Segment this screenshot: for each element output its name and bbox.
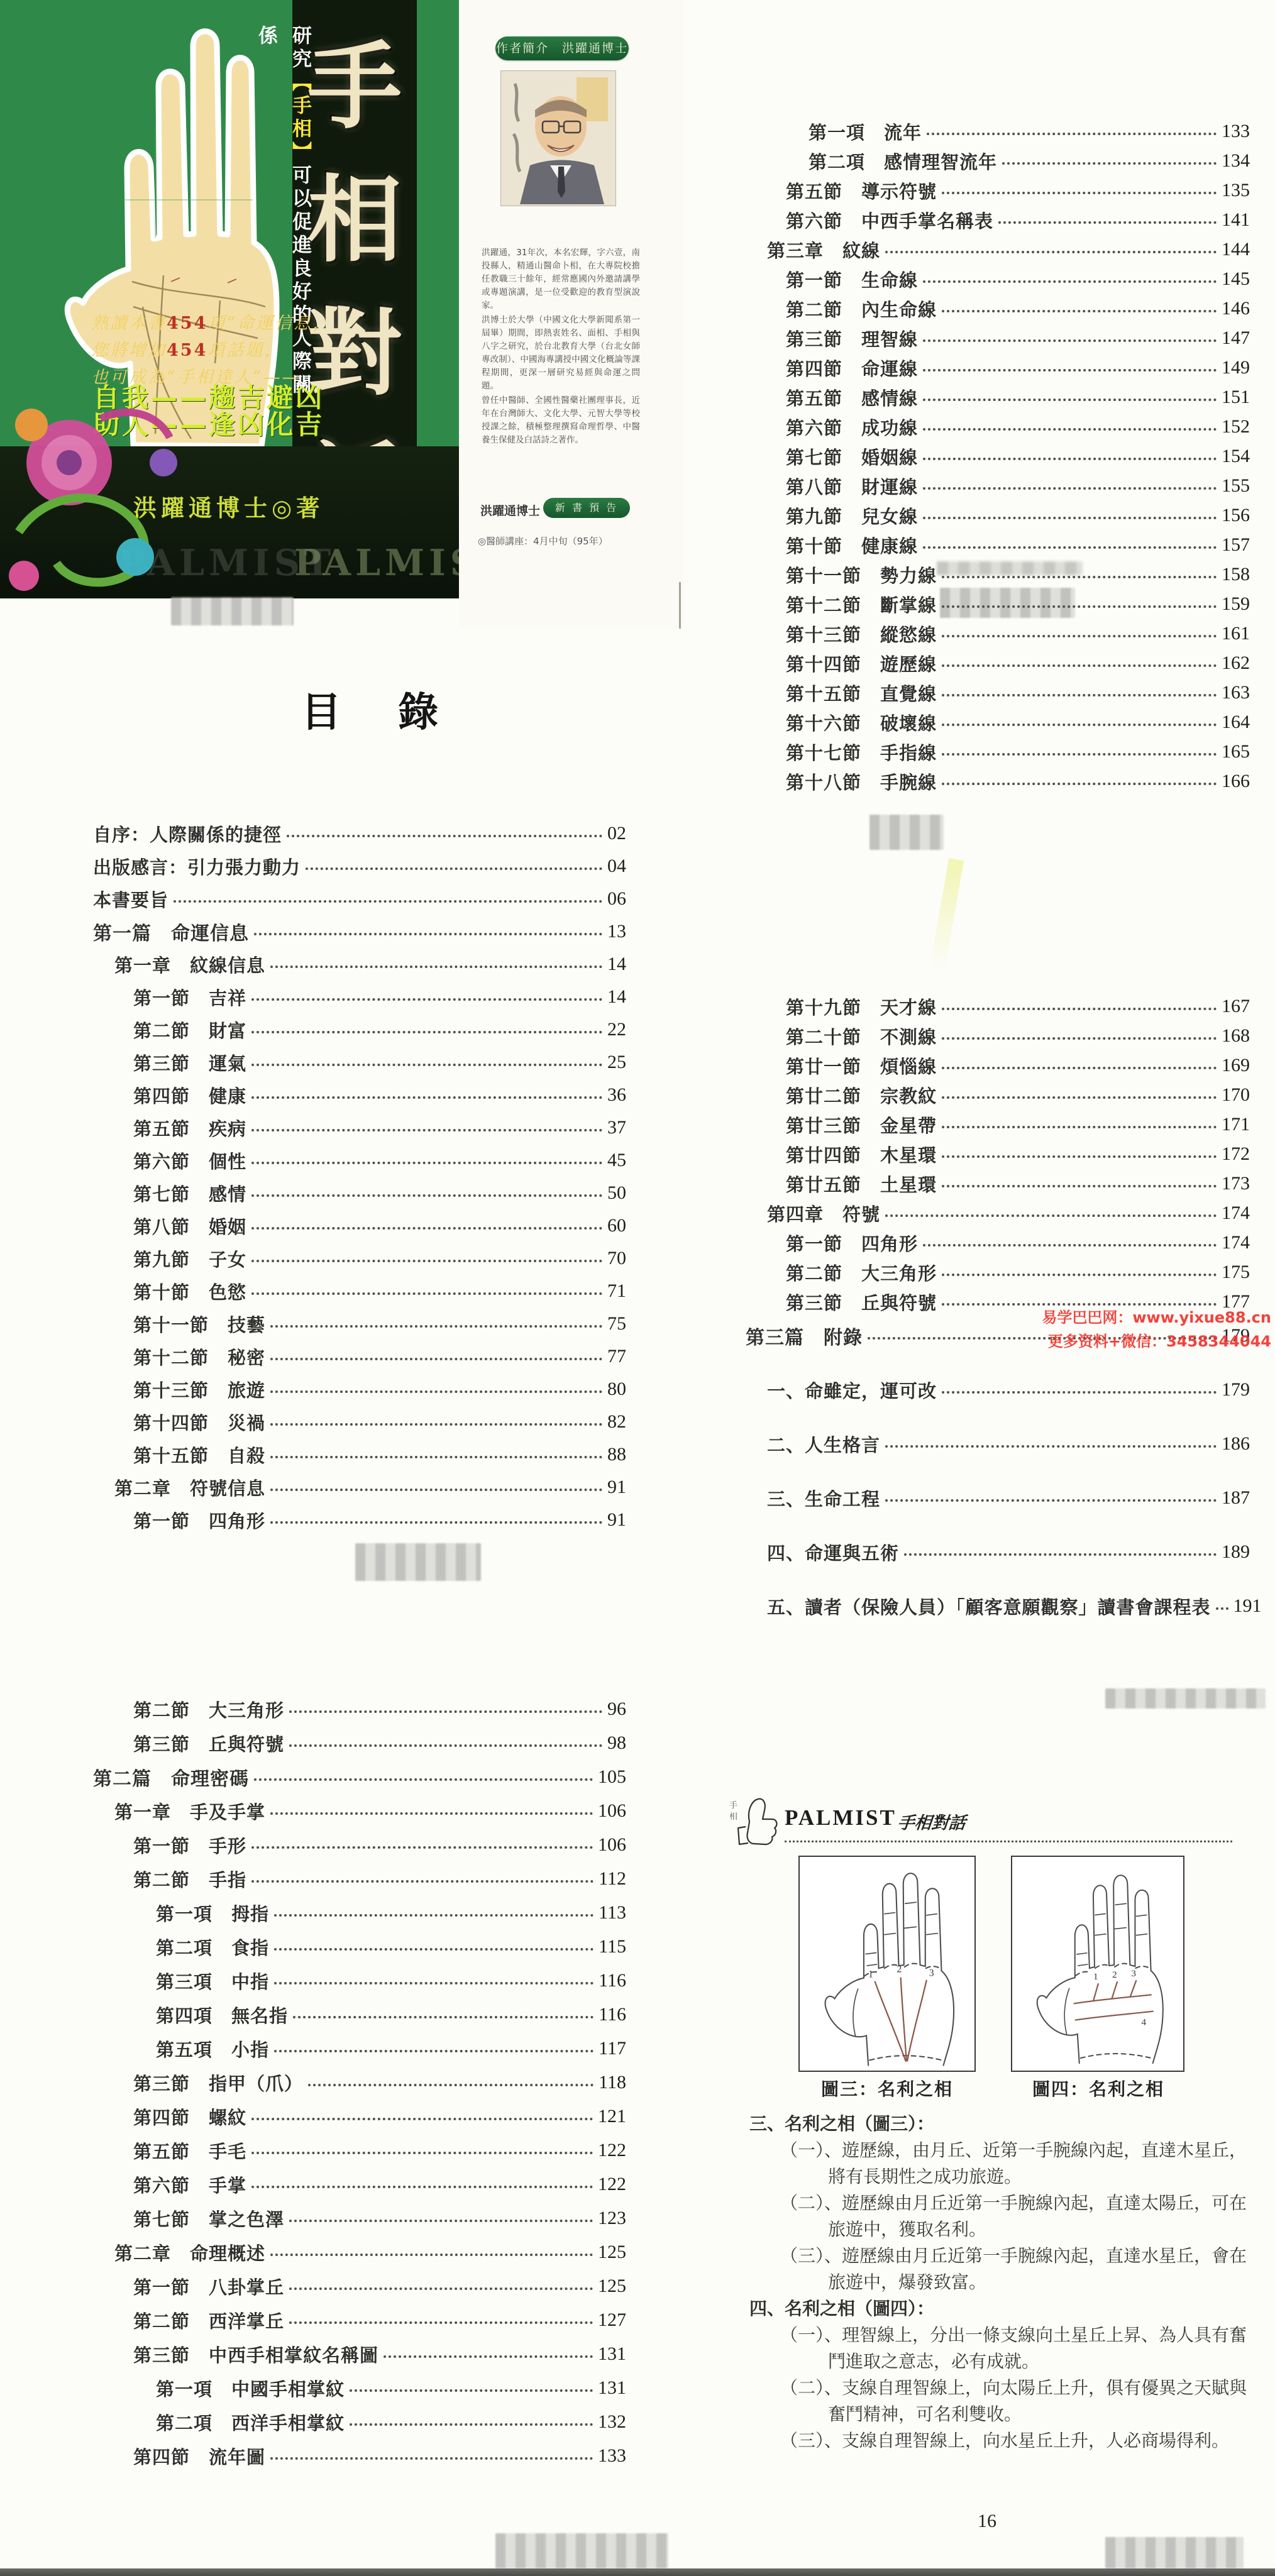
toc-entry-page-number: 165 — [1222, 741, 1250, 762]
toc-entry-page-number: 125 — [598, 2242, 626, 2263]
toc-entry-label: 第廿二節 宗教紋 — [786, 1082, 937, 1108]
toc-entry: 第二節 手指112 — [93, 1867, 626, 1891]
dotted-leader — [885, 1214, 1217, 1217]
toc-entry: 第六節 個性45 — [93, 1148, 626, 1172]
toc-entry: 第五節 導示符號135 — [746, 179, 1250, 202]
dotted-leader — [251, 2186, 593, 2188]
dotted-leader — [942, 1067, 1217, 1069]
toc-entry-label: 第十七節 手指線 — [786, 739, 937, 765]
dotted-leader — [289, 2220, 593, 2222]
new-book-badge: 新 書 預 告 — [543, 498, 630, 518]
toc-entry: 第九節 子女70 — [93, 1247, 626, 1270]
toc-entry-page-number: 191 — [1234, 1595, 1262, 1617]
toc-entry: 第十三節 旅遊80 — [93, 1377, 626, 1401]
toc-entry-page-number: 06 — [607, 888, 626, 910]
svg-text:2: 2 — [897, 1964, 902, 1974]
toc-entry-label: 第二項 西洋手相掌紋 — [156, 2409, 345, 2435]
toc-entry-label: 第九節 子女 — [133, 1246, 246, 1272]
toc-entry-page-number: 113 — [599, 1902, 626, 1924]
toc-entry-label: 第廿五節 土星環 — [786, 1171, 937, 1197]
author-name: 洪躍通博士 — [480, 502, 540, 519]
toc-entry-label: 第一項 拇指 — [156, 1900, 269, 1926]
toc-entry-label: 第四節 流年圖 — [133, 2443, 265, 2469]
toc-entry: 三、生命工程187 — [746, 1486, 1250, 1510]
toc-entry: 第一節 生命線145 — [746, 267, 1250, 291]
toc-entry: 第一項 拇指113 — [93, 1901, 626, 1925]
section-4-item: （三）、支線自理智線上，向水星丘上升，人必商場得利。 — [749, 2428, 1252, 2454]
svg-text:3: 3 — [929, 1968, 934, 1979]
toc-entry: 出版感言：引力張力動力04 — [93, 854, 626, 878]
toc-entry-label: 第一篇 命運信息 — [93, 918, 249, 945]
dotted-leader — [942, 664, 1217, 667]
section-4-items: （一）、理智線上，分出一條支線向土星丘上昇、為人具有奮鬥進取之意志，必有成就。（… — [749, 2322, 1252, 2454]
toc-entry-label: 第五節 手毛 — [133, 2138, 246, 2164]
toc-entry-page-number: 91 — [607, 1477, 626, 1498]
dotted-leader — [942, 1037, 1217, 1040]
dotted-leader — [270, 1456, 602, 1458]
toc-entry: 五、讀者（保險人員）「顧客意願觀察」讀書會課程表191 — [746, 1594, 1250, 1618]
toc-entry-label: 第六節 手掌 — [133, 2172, 246, 2198]
toc-entry: 自序：人際關係的捷徑02 — [93, 822, 626, 845]
dotted-leader — [384, 2355, 593, 2358]
toc-entry: 第八節 財運線155 — [746, 474, 1250, 498]
toc-entry: 第六節 成功線152 — [746, 415, 1250, 439]
toc-entry-page-number: 173 — [1222, 1173, 1250, 1194]
toc-entry-label: 第七節 婚姻線 — [786, 444, 918, 470]
toc-entry-label: 第二章 符號信息 — [114, 1475, 265, 1500]
toc-entry: 第二十節 不測線168 — [746, 1024, 1250, 1048]
toc-entry: 第三節 丘與符號98 — [93, 1731, 626, 1755]
dotted-leader — [270, 1325, 602, 1328]
toc-entry: 第四章 符號174 — [746, 1201, 1250, 1225]
toc-entry-label: 第十三節 旅遊 — [133, 1377, 265, 1402]
toc-entry-label: 一、命雖定，運可改 — [767, 1377, 937, 1403]
toc-entry: 第二項 西洋手相掌紋132 — [93, 2410, 626, 2434]
toc-entry-page-number: 161 — [1222, 623, 1250, 644]
dotted-leader — [308, 2084, 593, 2086]
svg-text:1: 1 — [1093, 1972, 1098, 1982]
toc-entry: 第廿四節 木星環172 — [746, 1142, 1250, 1166]
toc-entry-label: 第三節 理智線 — [786, 326, 918, 351]
dotted-leader — [942, 1274, 1217, 1276]
toc-entry-page-number: 145 — [1222, 268, 1250, 290]
toc-entry-label: 第一節 四角形 — [786, 1230, 918, 1256]
toc-entry-page-number: 146 — [1222, 298, 1250, 319]
toc-entry: 四、命運與五術189 — [746, 1540, 1250, 1564]
dotted-leader — [942, 1185, 1217, 1187]
dotted-leader — [1216, 1607, 1228, 1610]
toc-entry: 第一節 四角形174 — [746, 1231, 1250, 1255]
dotted-leader — [923, 517, 1217, 519]
dotted-leader — [251, 1846, 593, 1849]
toc-entry-page-number: 158 — [1222, 564, 1250, 585]
toc-entry-page-number: 98 — [607, 1732, 626, 1754]
dotted-leader — [942, 694, 1217, 696]
svg-text:1: 1 — [868, 1969, 873, 1980]
toc-entry-label: 第五節 導示符號 — [786, 178, 937, 204]
dotted-leader — [251, 1260, 602, 1262]
author-bio: 洪躍通，31年次，本名宏輝，字六壹，南投縣人，精通山醫命卜相，在大專院校擔任教職… — [482, 246, 640, 448]
toc-entry-label: 第三章 紋線 — [767, 237, 880, 263]
toc-entry: 第一節 四角形91 — [93, 1508, 626, 1532]
toc-entry-label: 第十五節 直覺線 — [786, 680, 937, 706]
toc-entry-page-number: 169 — [1222, 1055, 1250, 1076]
highlight-number: 454 — [167, 341, 207, 360]
dotted-leader — [942, 1126, 1217, 1128]
toc-entry-page-number: 02 — [607, 823, 626, 844]
toc-entry-label: 第一節 八卦掌丘 — [133, 2274, 284, 2299]
toc-entry-label: 第三篇 附錄 — [746, 1322, 863, 1350]
toc-entry-page-number: 179 — [1222, 1379, 1250, 1401]
dotted-leader — [289, 2287, 593, 2290]
page-edge-line — [679, 582, 681, 629]
toc-entry-page-number: 134 — [1222, 150, 1250, 172]
toc-entry: 第八節 婚姻60 — [93, 1214, 626, 1238]
dotted-leader — [254, 1778, 593, 1781]
toc-entry-label: 第三節 丘與符號 — [133, 1731, 284, 1756]
toc-entry-label: 第十九節 天才線 — [786, 994, 937, 1020]
dotted-leader — [923, 280, 1217, 283]
author-intro-panel: 作者簡介 洪躍通博士 洪躍通，31年次， — [459, 0, 683, 629]
censored-watermark — [355, 1543, 481, 1581]
toc-entry-label: 第二項 食指 — [156, 1934, 269, 1960]
toc-entry-label: 第三節 指甲（爪） — [133, 2070, 303, 2096]
toc-entry: 第一節 吉祥14 — [93, 985, 626, 1009]
toc-entry-page-number: 187 — [1222, 1487, 1250, 1509]
dotted-leader — [274, 1914, 593, 1917]
dotted-leader — [289, 1744, 602, 1747]
tagline-highlight: 【手相】 — [289, 72, 311, 165]
toc-entry: 第二節 大三角形175 — [746, 1260, 1250, 1284]
dotted-leader — [270, 2254, 593, 2256]
toc-entry: 第六節 中西手掌名稱表141 — [746, 208, 1250, 232]
toc-entry: 第二節 西洋掌丘127 — [93, 2308, 626, 2332]
censored-watermark — [495, 2533, 668, 2568]
page-header-script: 手相對話 — [897, 1809, 967, 1834]
toc-entry: 第五節 疾病37 — [93, 1116, 626, 1140]
toc-entry-page-number: 45 — [607, 1150, 626, 1171]
censored-watermark — [1105, 1688, 1266, 1709]
icon-label-char: 手 — [729, 1801, 737, 1810]
dotted-leader — [942, 310, 1217, 312]
dotted-leader — [251, 2118, 593, 2120]
dotted-leader — [923, 1244, 1217, 1247]
section-3-item: （一）、遊歷線，由月丘、近第一手腕線內起，直達木星丘，將有長期性之成功旅遊。 — [749, 2137, 1252, 2190]
toc-entry: 第三節 指甲（爪）118 — [93, 2071, 626, 2094]
dotted-leader — [251, 1064, 602, 1066]
toc-entry-page-number: 163 — [1222, 682, 1250, 703]
watermark-line: 易学巴巴网：www.yixue88.cn — [956, 1305, 1271, 1329]
dotted-leader — [289, 2321, 593, 2324]
dotted-leader — [942, 1096, 1217, 1099]
dotted-leader — [942, 724, 1217, 726]
toc-entry-page-number: 105 — [598, 1766, 626, 1788]
dotted-leader — [287, 835, 602, 837]
toc-entry-page-number: 14 — [607, 986, 626, 1008]
scanned-book-spread: 手相對話 研究【手相】可以促進良好的人際關係 熟讀本書454項“命運信息，您將增… — [0, 0, 1275, 2576]
censored-watermark — [940, 588, 1075, 618]
toc-entry-page-number: 144 — [1222, 239, 1250, 260]
toc-entry-label: 第七節 感情 — [133, 1181, 246, 1206]
toc-entry: 第七節 掌之色澤123 — [93, 2206, 626, 2230]
dotted-leader — [942, 753, 1217, 756]
toc-entry: 第十節 健康線157 — [746, 533, 1250, 557]
toc-entry-label: 第七節 掌之色澤 — [133, 2206, 284, 2232]
toc-entry-label: 第廿四節 木星環 — [786, 1142, 937, 1167]
toc-entry-label: 第十節 健康線 — [786, 532, 918, 558]
toc-entry: 第一節 手形106 — [93, 1833, 626, 1857]
toc-entry-page-number: 70 — [607, 1248, 626, 1269]
toc-entry: 第四節 命運線149 — [746, 356, 1250, 380]
dotted-leader — [270, 1390, 602, 1393]
toc-entry-label: 第五項 小指 — [156, 2036, 269, 2062]
toc-entry: 第十七節 手指線165 — [746, 740, 1250, 764]
toc-entry-page-number: 96 — [607, 1698, 626, 1720]
toc-entry-page-number: 164 — [1222, 712, 1250, 733]
toc-entry: 第十節 色慾71 — [93, 1279, 626, 1303]
figure-3-caption: 圖三：名利之相 — [802, 2076, 972, 2101]
dotted-leader — [270, 966, 602, 968]
toc-entry: 第二章 命理概述125 — [93, 2240, 626, 2264]
dotted-leader — [293, 2016, 593, 2018]
toc-entry: 第二節 財富22 — [93, 1018, 626, 1042]
toc-entry: 第二項 食指115 — [93, 1935, 626, 1959]
bio-paragraph: 洪躍通，31年次，本名宏輝，字六壹，南投縣人，精通山醫命卜相，在大專院校擔任教職… — [482, 246, 640, 312]
toc-entry-label: 四、命運與五術 — [767, 1539, 899, 1565]
toc-entry-label: 第一章 手及手掌 — [114, 1798, 265, 1824]
toc-entry: 第二章 符號信息91 — [93, 1475, 626, 1499]
book-cover: 手相對話 研究【手相】可以促進良好的人際關係 熟讀本書454項“命運信息，您將增… — [0, 0, 459, 598]
dotted-leader — [270, 1521, 602, 1524]
toc-entry-page-number: 121 — [598, 2106, 626, 2127]
header-dotted-rule — [785, 1841, 1232, 1842]
toc-entry: 第四節 健康36 — [93, 1083, 626, 1107]
toc-entry: 第十四節 災禍82 — [93, 1410, 626, 1434]
toc-entry: 本書要旨06 — [93, 887, 626, 911]
toc-entry-page-number: 122 — [598, 2140, 626, 2161]
toc-entry-page-number: 141 — [1222, 209, 1250, 231]
toc-entry: 第廿三節 金星帶171 — [746, 1113, 1250, 1137]
toc-entry: 第七節 感情50 — [93, 1181, 626, 1205]
bio-paragraph: 曾任中醫師、全國性醫藥社團理事長，近年在台灣師大、文化大學、元智大學等校授課之餘… — [482, 394, 640, 447]
toc-entry-page-number: 156 — [1222, 505, 1250, 526]
toc-entry-label: 第二節 大三角形 — [133, 1697, 284, 1722]
dotted-leader — [923, 369, 1217, 372]
illegible-note-line — [937, 561, 1083, 575]
dragon-artwork — [0, 368, 207, 598]
highlight-number: 454 — [167, 314, 207, 333]
author-note: ◎醫師講座：4月中旬（95年） — [478, 534, 608, 548]
dotted-leader — [289, 1710, 602, 1713]
svg-text:2: 2 — [1112, 1970, 1117, 1980]
toc-entry-label: 第八節 婚姻 — [133, 1213, 246, 1239]
scan-edge-bar — [0, 2568, 1275, 2576]
toc-entry: 一、命雖定，運可改179 — [746, 1378, 1250, 1402]
toc-entry-page-number: 170 — [1222, 1084, 1250, 1106]
toc-entry-page-number: 162 — [1222, 652, 1250, 674]
toc-entry-label: 第十一節 勢力線 — [786, 562, 937, 588]
toc-entry-label: 第四章 符號 — [767, 1201, 880, 1226]
section-4-item: （二）、支線自理智線上，向太陽丘上升，俱有優異之天賦與奮鬥精神，可名利雙收。 — [749, 2375, 1252, 2428]
cover-script-line: 您將增加454項話題， — [91, 336, 331, 363]
toc-entry: 第廿二節 宗教紋170 — [746, 1083, 1250, 1107]
dotted-leader — [942, 783, 1217, 785]
toc-entry: 第五節 感情線151 — [746, 385, 1250, 409]
dotted-leader — [251, 1162, 602, 1164]
toc-entry-label: 第三節 運氣 — [133, 1050, 246, 1076]
toc-entry-page-number: 147 — [1222, 328, 1250, 349]
toc-entry: 第十二節 秘密77 — [93, 1345, 626, 1368]
toc-entry-label: 第十二節 秘密 — [133, 1344, 265, 1370]
toc-entry-label: 第六節 個性 — [133, 1148, 246, 1174]
toc-entry: 第一節 八卦掌丘125 — [93, 2274, 626, 2298]
dotted-leader — [942, 192, 1217, 194]
author-banner: 作者簡介 洪躍通博士 — [495, 36, 629, 60]
toc-entry: 第一篇 命運信息13 — [93, 920, 626, 944]
toc-entry: 第九節 兒女線156 — [746, 504, 1250, 527]
toc-entry-page-number: 131 — [598, 2377, 626, 2399]
section-4-heading: 四、名利之相（圖四）： — [749, 2296, 1252, 2322]
dotted-leader — [885, 251, 1217, 253]
toc-title: 目 錄 — [286, 680, 475, 738]
dotted-leader — [306, 867, 602, 870]
toc-entry-page-number: 116 — [599, 1970, 626, 1991]
toc-entry-label: 第三節 中西手相掌紋名稱圖 — [133, 2342, 378, 2367]
dotted-leader — [904, 1553, 1217, 1556]
toc-entry-page-number: 71 — [607, 1280, 626, 1302]
toc-entry-page-number: 82 — [607, 1411, 626, 1433]
toc-entry: 第一項 流年133 — [746, 119, 1250, 143]
dotted-leader — [251, 998, 602, 1001]
toc-entry-label: 二、人生格言 — [767, 1431, 880, 1457]
toc-entry-page-number: 80 — [607, 1379, 626, 1400]
dotted-leader — [251, 1031, 602, 1033]
toc-entry: 第一章 紋線信息14 — [93, 952, 626, 976]
toc-entry-label: 第四項 無名指 — [156, 2002, 288, 2028]
toc-entry-label: 第三節 丘與符號 — [786, 1289, 937, 1315]
toc-entry-label: 第十二節 斷掌線 — [786, 592, 937, 617]
toc-entry-page-number: 171 — [1222, 1114, 1250, 1135]
dotted-leader — [942, 576, 1217, 578]
cover-script-line: 熟讀本書454項“命運信息， — [91, 309, 331, 336]
toc-entry-label: 第四節 螺紋 — [133, 2104, 246, 2130]
toc-entry-label: 第十八節 手腕線 — [786, 769, 937, 795]
dotted-leader — [998, 221, 1217, 224]
dotted-leader — [350, 2423, 593, 2426]
toc-entry: 第十一節 技藝75 — [93, 1312, 626, 1336]
toc-entry-page-number: 91 — [607, 1509, 626, 1531]
author-photo — [500, 70, 616, 206]
bio-paragraph: 洪博士於大學（中國文化大學新聞系第一屆畢）期間，即熱衷姓名、面相、手相與八字之研… — [482, 314, 640, 393]
site-watermark: 易学巴巴网：www.yixue88.cn更多资料+微信：3458344044 — [956, 1305, 1271, 1353]
toc-entry-page-number: 123 — [598, 2208, 626, 2229]
toc-entry: 第三章 紋線144 — [746, 238, 1250, 261]
toc-entry-page-number: 106 — [598, 1834, 626, 1856]
toc-entry-label: 第一節 吉祥 — [133, 984, 246, 1010]
toc-entry-label: 第八節 財運線 — [786, 473, 918, 499]
toc-entry: 第三節 運氣25 — [93, 1050, 626, 1074]
toc-entry: 第十八節 手腕線166 — [746, 769, 1250, 793]
toc-entry-page-number: 151 — [1222, 387, 1250, 408]
toc-entry: 第十五節 直覺線163 — [746, 681, 1250, 705]
toc-entry-page-number: 77 — [607, 1346, 626, 1367]
toc-entry-label: 第二節 內生命線 — [786, 296, 937, 322]
toc-entry-label: 出版感言：引力張力動力 — [93, 854, 301, 879]
toc-entry-page-number: 155 — [1222, 475, 1250, 497]
toc-entry-label: 第二篇 命理密碼 — [93, 1763, 249, 1791]
dotted-leader — [923, 487, 1217, 490]
toc-entry: 第四項 無名指116 — [93, 2003, 626, 2027]
toc-entry-page-number: 154 — [1222, 446, 1250, 467]
section-3-item: （二）、遊歷線由月丘近第一手腕線內起，直達太陽丘，可在旅遊中，獲取名利。 — [749, 2190, 1252, 2243]
toc-entry-page-number: 133 — [1222, 121, 1250, 142]
figure-4-caption: 圖四：名利之相 — [1013, 2076, 1183, 2101]
toc-entry-page-number: 189 — [1222, 1541, 1250, 1563]
toc-entry-label: 第二節 西洋掌丘 — [133, 2308, 284, 2333]
toc-entry-label: 第廿三節 金星帶 — [786, 1112, 937, 1138]
censored-watermark — [1105, 2537, 1244, 2568]
toc-entry-page-number: 106 — [598, 1800, 626, 1822]
toc-entry: 第廿五節 土星環173 — [746, 1172, 1250, 1196]
toc-entry-page-number: 168 — [1222, 1025, 1250, 1047]
toc-entry-page-number: 75 — [607, 1313, 626, 1335]
dotted-leader — [251, 1292, 602, 1295]
toc-entry-page-number: 117 — [599, 2038, 626, 2059]
dotted-leader — [274, 2050, 593, 2052]
dotted-leader — [923, 339, 1217, 342]
page-header-brand: PALMIST — [785, 1805, 897, 1830]
icon-label-char: 相 — [729, 1812, 737, 1822]
toc-entry-label: 第十五節 自殺 — [133, 1442, 265, 1468]
dotted-leader — [270, 2457, 593, 2460]
toc-entry: 第三項 中指116 — [93, 1969, 626, 1993]
toc-entry-label: 第二章 命理概述 — [114, 2240, 265, 2265]
toc-entry-label: 第一節 手形 — [133, 1832, 246, 1858]
toc-entry: 第十六節 破壞線164 — [746, 710, 1250, 734]
toc-entry-page-number: 115 — [599, 1936, 626, 1957]
toc-entry-label: 第十四節 災禍 — [133, 1409, 265, 1435]
toc-entry: 二、人生格言186 — [746, 1432, 1250, 1456]
toc-entry-label: 第六節 成功線 — [786, 414, 918, 440]
toc-entry-label: 第二節 財富 — [133, 1017, 246, 1043]
toc-entry-label: 第二節 大三角形 — [786, 1260, 937, 1285]
dotted-leader — [251, 1096, 602, 1099]
toc-entry-page-number: 125 — [598, 2276, 626, 2297]
toc-entry-page-number: 157 — [1222, 534, 1250, 556]
dotted-leader — [270, 1812, 593, 1815]
toc-entry-label: 本書要旨 — [93, 886, 168, 912]
toc-entry-page-number: 36 — [607, 1084, 626, 1106]
cover-brand-word-faint: PALMIST — [294, 542, 459, 584]
toc-entry-page-number: 60 — [607, 1215, 626, 1236]
scan-streak-artifact — [930, 858, 964, 969]
toc-entry-page-number: 50 — [607, 1182, 626, 1204]
toc-entry-page-number: 172 — [1222, 1143, 1250, 1165]
toc-entry-page-number: 14 — [607, 954, 626, 975]
toc-entry: 第十三節 縱慾線161 — [746, 622, 1250, 646]
dotted-leader — [251, 1194, 602, 1197]
toc-entry-label: 三、生命工程 — [767, 1485, 880, 1511]
toc-entry: 第三節 中西手相掌紋名稱圖131 — [93, 2342, 626, 2366]
toc-entry-label: 第十六節 破壞線 — [786, 710, 937, 735]
toc-entry: 第二篇 命理密碼105 — [93, 1765, 626, 1789]
toc-entry-label: 第三項 中指 — [156, 1968, 269, 1994]
toc-entry-page-number: 13 — [607, 921, 626, 942]
section-4-item: （一）、理智線上，分出一條支線向土星丘上昇、為人具有奮鬥進取之意志，必有成就。 — [749, 2322, 1252, 2375]
svg-text:4: 4 — [1142, 2018, 1147, 2028]
toc-entry: 第五項 小指117 — [93, 2037, 626, 2061]
toc-entry-label: 自序：人際關係的捷徑 — [93, 821, 282, 847]
